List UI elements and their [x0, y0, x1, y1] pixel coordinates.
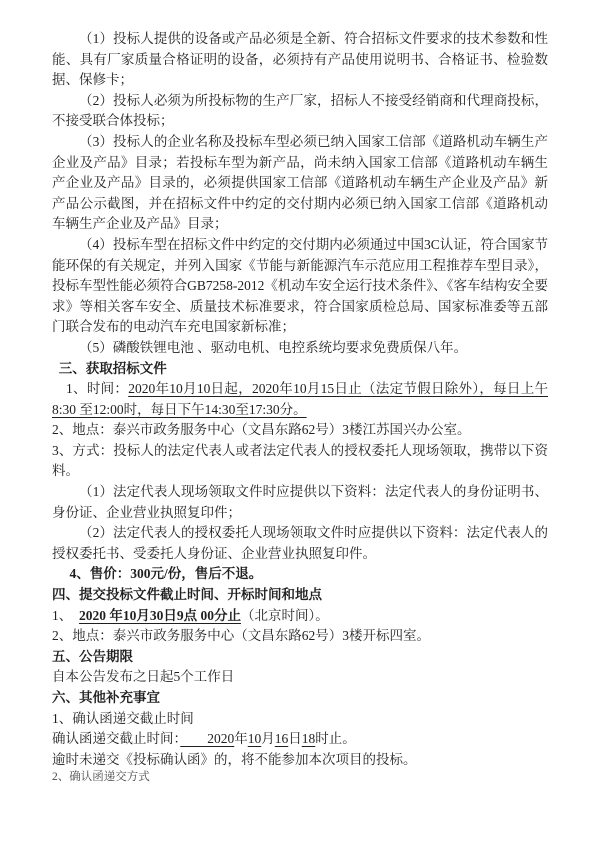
- clause-1: （1）投标人提供的设备或产品必须是全新、符合招标文件要求的技术参数和性能、具有厂…: [52, 29, 548, 91]
- section-6-heading: 六、其他补充事宜: [52, 688, 548, 709]
- clause-2-text: （2）投标人必须为所投标物的生产厂家，招标人不接受经销商和代理商投标，不接受联合…: [52, 93, 548, 129]
- open-place-text: 2、地点：泰兴市政务服务中心（文昌东路62号）3楼开标四室。: [52, 628, 430, 643]
- clause-4: （4）投标车型在招标文件中约定的交付期内必须通过中国3C认证，符合国家节能环保的…: [52, 235, 548, 338]
- section-6-heading-text: 六、其他补充事宜: [52, 690, 160, 705]
- clause-2: （2）投标人必须为所投标物的生产厂家，招标人不接受经销商和代理商投标，不接受联合…: [52, 91, 548, 132]
- obtain-time: 1、时间：2020年10月10日起，2020年10月15日止（法定节假日除外），…: [52, 379, 548, 420]
- confirm-method-title-text: 2、确认函递交方式: [52, 771, 150, 783]
- submit-deadline: 1、 2020 年10月30日9点 00分止（北京时间）。: [52, 606, 548, 627]
- confirm-deadline-month-char: 月: [261, 731, 275, 746]
- notice-period-text: 自本公告发布之日起5个工作日: [52, 669, 234, 684]
- document-body: （1）投标人提供的设备或产品必须是全新、符合招标文件要求的技术参数和性能、具有厂…: [52, 29, 548, 785]
- clause-4-text: （4）投标车型在招标文件中约定的交付期内必须通过中国3C认证，符合国家节能环保的…: [52, 237, 548, 334]
- obtain-method: 3、方式：投标人的法定代表人或者法定代表人的授权委托人现场领取，携带以下资料。: [52, 441, 548, 482]
- confirm-deadline-suffix: 时止。: [315, 731, 356, 746]
- section-5-heading: 五、公告期限: [52, 647, 548, 668]
- confirm-deadline-label: 确认函递交截止时间：: [52, 731, 180, 746]
- clause-5: （5）磷酸铁锂电池 、驱动电机、电控系统均要求免费质保八年。: [52, 338, 548, 359]
- clause-5-text: （5）磷酸铁锂电池 、驱动电机、电控系统均要求免费质保八年。: [79, 340, 467, 355]
- obtain-method-text: 3、方式：投标人的法定代表人或者法定代表人的授权委托人现场领取，携带以下资料。: [52, 443, 548, 479]
- submit-deadline-label: 1、: [52, 608, 79, 623]
- open-place: 2、地点：泰兴市政务服务中心（文昌东路62号）3楼开标四室。: [52, 626, 548, 647]
- confirm-deadline-year-char: 年: [234, 731, 248, 746]
- obtain-price: 4、售价：300元/份，售后不退。: [52, 564, 548, 585]
- section-3-heading-text: 三、获取招标文件: [59, 361, 167, 376]
- clause-3: （3）投标人的企业名称及投标车型必须已纳入国家工信部《道路机动车辆生产企业及产品…: [52, 132, 548, 235]
- obtain-time-label: 1、时间：: [66, 381, 128, 396]
- confirm-title-text: 1、确认函递交截止时间: [52, 711, 194, 726]
- confirm-deadline: 确认函递交截止时间： 2020年10月16日18时止。: [52, 729, 548, 750]
- section-5-heading-text: 五、公告期限: [52, 649, 133, 664]
- confirm-deadline-day: 16: [275, 731, 289, 746]
- obtain-sub-2: （2）法定代表人的授权委托人现场领取文件时应提供以下资料：法定代表人的授权委托书…: [52, 523, 548, 564]
- submit-deadline-value: 2020 年10月30日9点 00分止: [79, 608, 241, 623]
- obtain-sub-1: （1）法定代表人现场领取文件时应提供以下资料：法定代表人的身份证明书、身份证、企…: [52, 482, 548, 523]
- clause-3-text: （3）投标人的企业名称及投标车型必须已纳入国家工信部《道路机动车辆生产企业及产品…: [52, 134, 548, 231]
- confirm-deadline-day-char: 日: [288, 731, 302, 746]
- confirm-deadline-blank-year: 2020: [180, 731, 234, 746]
- overdue-note: 逾时未递交《投标确认函》的，将不能参加本次项目的投标。: [52, 750, 548, 771]
- overdue-note-text: 逾时未递交《投标确认函》的，将不能参加本次项目的投标。: [52, 752, 417, 767]
- document-page: （1）投标人提供的设备或产品必须是全新、符合招标文件要求的技术参数和性能、具有厂…: [0, 0, 600, 848]
- notice-period: 自本公告发布之日起5个工作日: [52, 667, 548, 688]
- confirm-deadline-hour: 18: [302, 731, 316, 746]
- obtain-place-text: 2、地点：泰兴市政务服务中心（文昌东路62号）3楼江苏国兴办公室。: [52, 422, 471, 437]
- submit-deadline-suffix: （北京时间）。: [241, 608, 329, 623]
- obtain-price-text: 4、售价：300元/份，售后不退。: [70, 566, 263, 581]
- section-4-heading-text: 四、提交投标文件截止时间、开标时间和地点: [52, 587, 322, 602]
- section-3-heading: 三、获取招标文件: [52, 359, 548, 380]
- obtain-sub-1-text: （1）法定代表人现场领取文件时应提供以下资料：法定代表人的身份证明书、身份证、企…: [52, 484, 548, 520]
- confirm-title: 1、确认函递交截止时间: [52, 709, 548, 730]
- section-4-heading: 四、提交投标文件截止时间、开标时间和地点: [52, 585, 548, 606]
- obtain-sub-2-text: （2）法定代表人的授权委托人现场领取文件时应提供以下资料：法定代表人的授权委托书…: [52, 525, 548, 561]
- confirm-method-title: 2、确认函递交方式: [52, 770, 548, 785]
- clause-1-text: （1）投标人提供的设备或产品必须是全新、符合招标文件要求的技术参数和性能、具有厂…: [52, 31, 548, 87]
- confirm-deadline-month: 10: [248, 731, 262, 746]
- obtain-place: 2、地点：泰兴市政务服务中心（文昌东路62号）3楼江苏国兴办公室。: [52, 420, 548, 441]
